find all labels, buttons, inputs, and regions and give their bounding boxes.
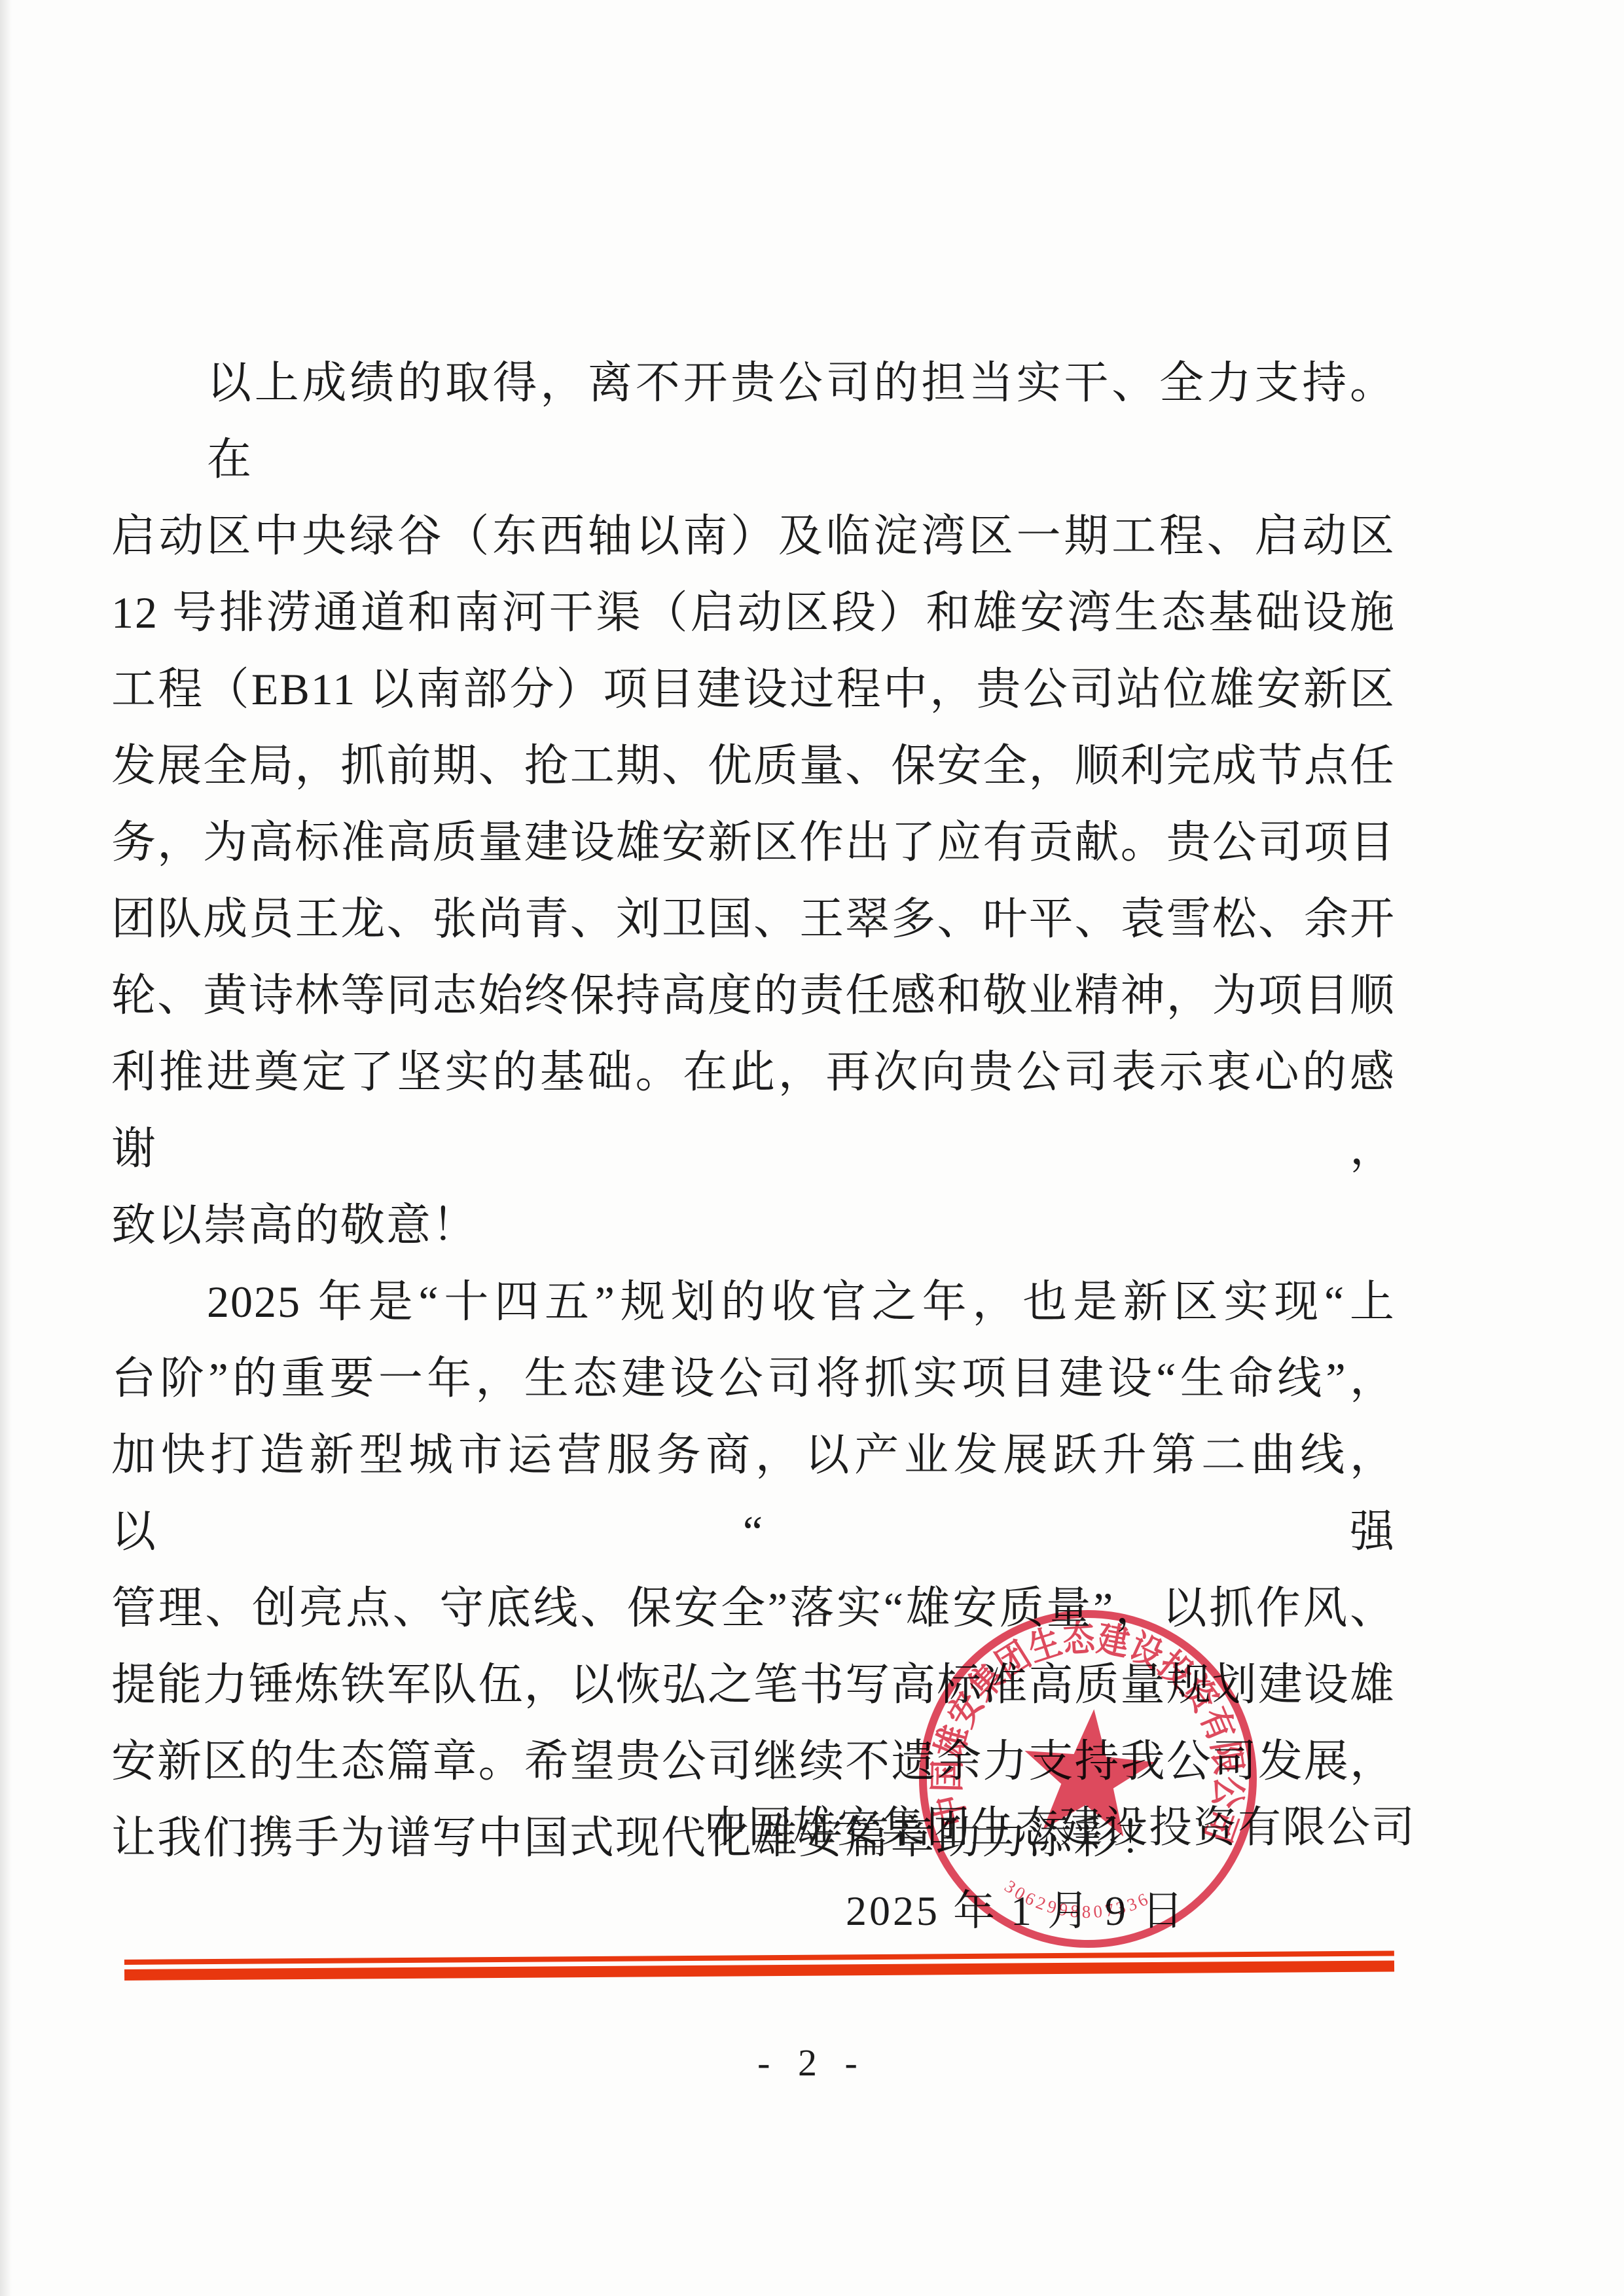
body-line: 启动区中央绿谷（东西轴以南）及临淀湾区一期工程、启动区 — [111, 498, 1396, 575]
body-line: 工程（EB11 以南部分）项目建设过程中，贵公司站位雄安新区 — [111, 651, 1396, 728]
body-line: 致以崇高的敬意！ — [111, 1187, 1396, 1264]
seal-serial-number: 3062998807336 — [999, 1875, 1155, 1928]
body-line: 12 号排涝通道和南河干渠（启动区段）和雄安湾生态基础设施 — [111, 575, 1396, 651]
body-line: 加快打造新型城市运营服务商，以产业发展跃升第二曲线，以“强 — [111, 1417, 1396, 1570]
body-line: 团队成员王龙、张尚青、刘卫国、王翠多、叶平、袁雪松、余开 — [111, 881, 1396, 958]
page-number: - 2 - — [0, 2041, 1624, 2085]
body-line: 务，为高标准高质量建设雄安新区作出了应有贡献。贵公司项目 — [111, 804, 1396, 881]
body-line: 轮、黄诗林等同志始终保持高度的责任感和敬业精神，为项目顺 — [111, 958, 1396, 1034]
document-page: 以上成绩的取得，离不开贵公司的担当实干、全力支持。在启动区中央绿谷（东西轴以南）… — [0, 0, 1624, 2296]
body-line: 2025 年是“十四五”规划的收官之年，也是新区实现“上 — [111, 1264, 1396, 1340]
body-line: 以上成绩的取得，离不开贵公司的担当实干、全力支持。在 — [111, 345, 1396, 498]
body-line: 台阶”的重要一年，生态建设公司将抓实项目建设“生命线”， — [111, 1340, 1396, 1417]
seal-star-icon — [1018, 1704, 1159, 1839]
body-line: 发展全局，抓前期、抢工期、优质量、保安全，顺利完成节点任 — [111, 728, 1396, 804]
body-line: 利推进奠定了坚实的基础。在此，再次向贵公司表示衷心的感谢， — [111, 1034, 1396, 1187]
scan-edge-shadow — [0, 0, 12, 2296]
divider-double-rule — [124, 1950, 1394, 1981]
company-seal-stamp: 中国雄安集团生态建设投资有限公司 3062998807336 — [896, 1587, 1279, 1970]
